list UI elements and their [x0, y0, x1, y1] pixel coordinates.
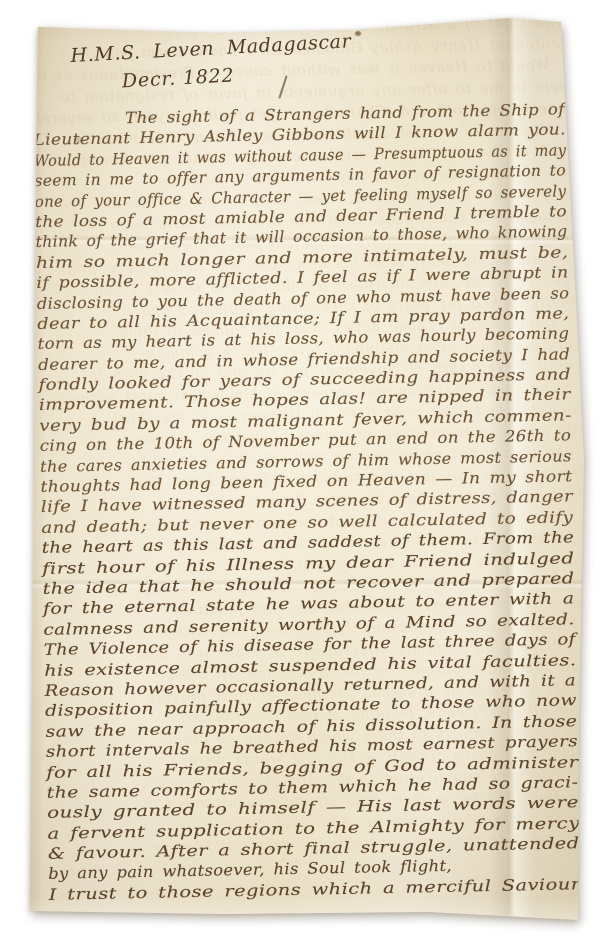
letter-paper-shadow: The sight of a Strangers hand from the S…	[28, 17, 584, 922]
letter-paper: The sight of a Strangers hand from the S…	[28, 17, 584, 922]
letter-body: The sight of a Strangers hand from the S…	[33, 100, 581, 906]
photo-background: The sight of a Strangers hand from the S…	[0, 0, 601, 950]
ink-stain-1	[355, 31, 361, 36]
